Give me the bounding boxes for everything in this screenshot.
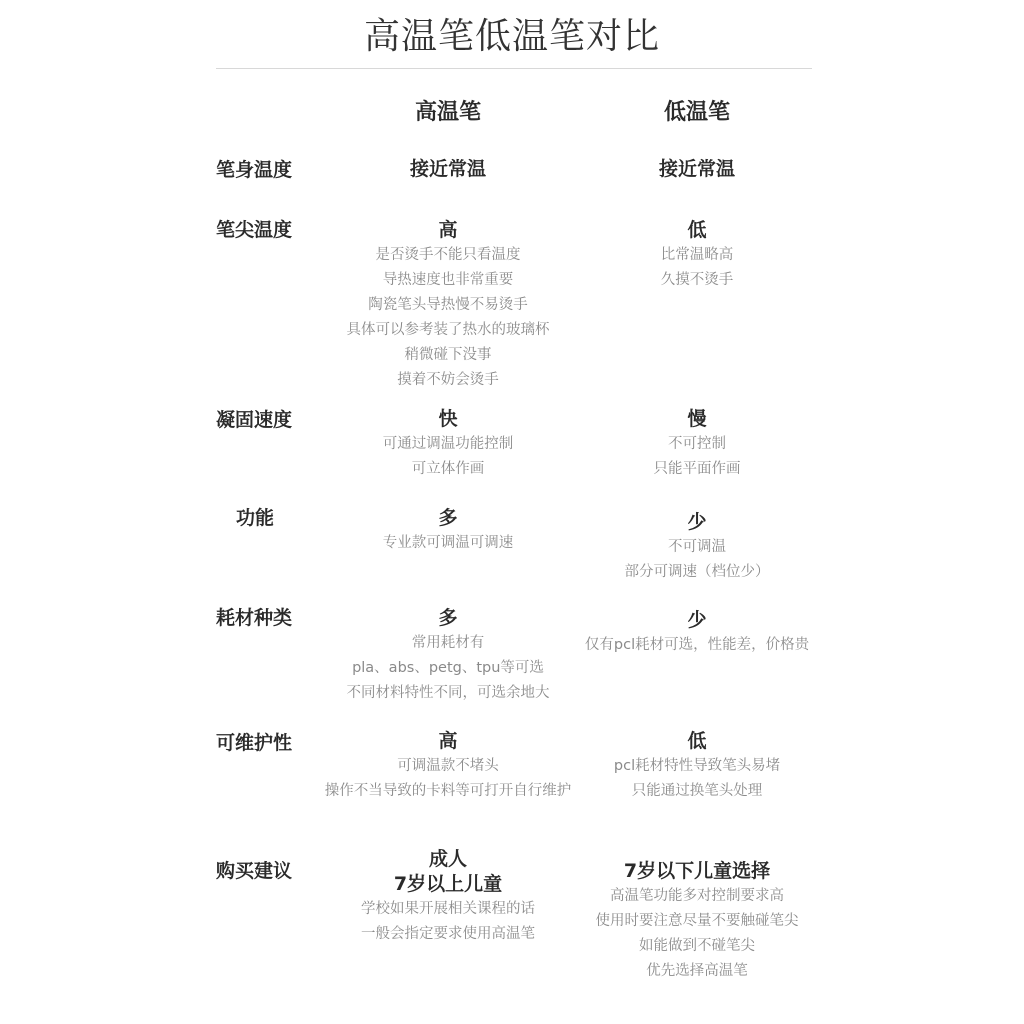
cell-main: 少 [547, 608, 847, 633]
cell-low-tip-temp: 低 比常温略高 久摸不烫手 [547, 218, 847, 293]
cell-main: 慢 [547, 407, 847, 432]
cell-note: 部分可调速（档位少） [547, 560, 847, 585]
cell-low-purchase-advice: 7岁以下儿童选择 高温笔功能多对控制要求高 使用时要注意尽量不要触碰笔尖 如能做… [547, 859, 847, 984]
cell-main: 低 [547, 218, 847, 243]
cell-note: 摸着不妨会烫手 [298, 368, 598, 393]
title-divider [216, 68, 812, 69]
cell-note: 使用时要注意尽量不要触碰笔尖 [547, 909, 847, 934]
cell-note: 仅有pcl耗材可选，性能差，价格贵 [547, 633, 847, 658]
column-header-high-temp: 高温笔 [318, 95, 578, 126]
cell-note: 久摸不烫手 [547, 268, 847, 293]
cell-note: pla、abs、petg、tpu等可选 [298, 656, 598, 681]
cell-note: 只能平面作画 [547, 457, 847, 482]
cell-low-filament-types: 少 仅有pcl耗材可选，性能差，价格贵 [547, 608, 847, 658]
row-label-tip-temp: 笔尖温度 [216, 215, 292, 242]
row-label-purchase-advice: 购买建议 [216, 856, 292, 883]
cell-note: 比常温略高 [547, 243, 847, 268]
cell-note: pcl耗材特性导致笔头易堵 [547, 754, 847, 779]
row-label-filament-types: 耗材种类 [216, 603, 292, 630]
cell-note: 陶瓷笔头导热慢不易烫手 [298, 293, 598, 318]
row-label-maintainability: 可维护性 [216, 728, 292, 755]
cell-low-function: 少 不可调温 部分可调速（档位少） [547, 510, 847, 585]
cell-main: 接近常温 [547, 157, 847, 182]
cell-note: 如能做到不碰笔尖 [547, 934, 847, 959]
cell-note: 优先选择高温笔 [547, 959, 847, 984]
cell-main: 少 [547, 510, 847, 535]
cell-main: 7岁以下儿童选择 [547, 859, 847, 884]
column-header-low-temp: 低温笔 [567, 95, 827, 126]
row-label-function: 功能 [236, 503, 274, 530]
cell-note: 具体可以参考装了热水的玻璃杯 [298, 318, 598, 343]
cell-note: 不可调温 [547, 535, 847, 560]
row-label-body-temp: 笔身温度 [216, 155, 292, 182]
cell-note: 稍微碰下没事 [298, 343, 598, 368]
page-title: 高温笔低温笔对比 [0, 8, 1024, 59]
cell-note: 只能通过换笔头处理 [547, 779, 847, 804]
row-label-solidify-speed: 凝固速度 [216, 405, 292, 432]
cell-low-maintainability: 低 pcl耗材特性导致笔头易堵 只能通过换笔头处理 [547, 729, 847, 804]
cell-note: 不同材料特性不同，可选余地大 [298, 681, 598, 706]
cell-low-solidify-speed: 慢 不可控制 只能平面作画 [547, 407, 847, 482]
cell-low-body-temp: 接近常温 [547, 157, 847, 182]
cell-note: 高温笔功能多对控制要求高 [547, 884, 847, 909]
cell-main: 低 [547, 729, 847, 754]
cell-note: 不可控制 [547, 432, 847, 457]
